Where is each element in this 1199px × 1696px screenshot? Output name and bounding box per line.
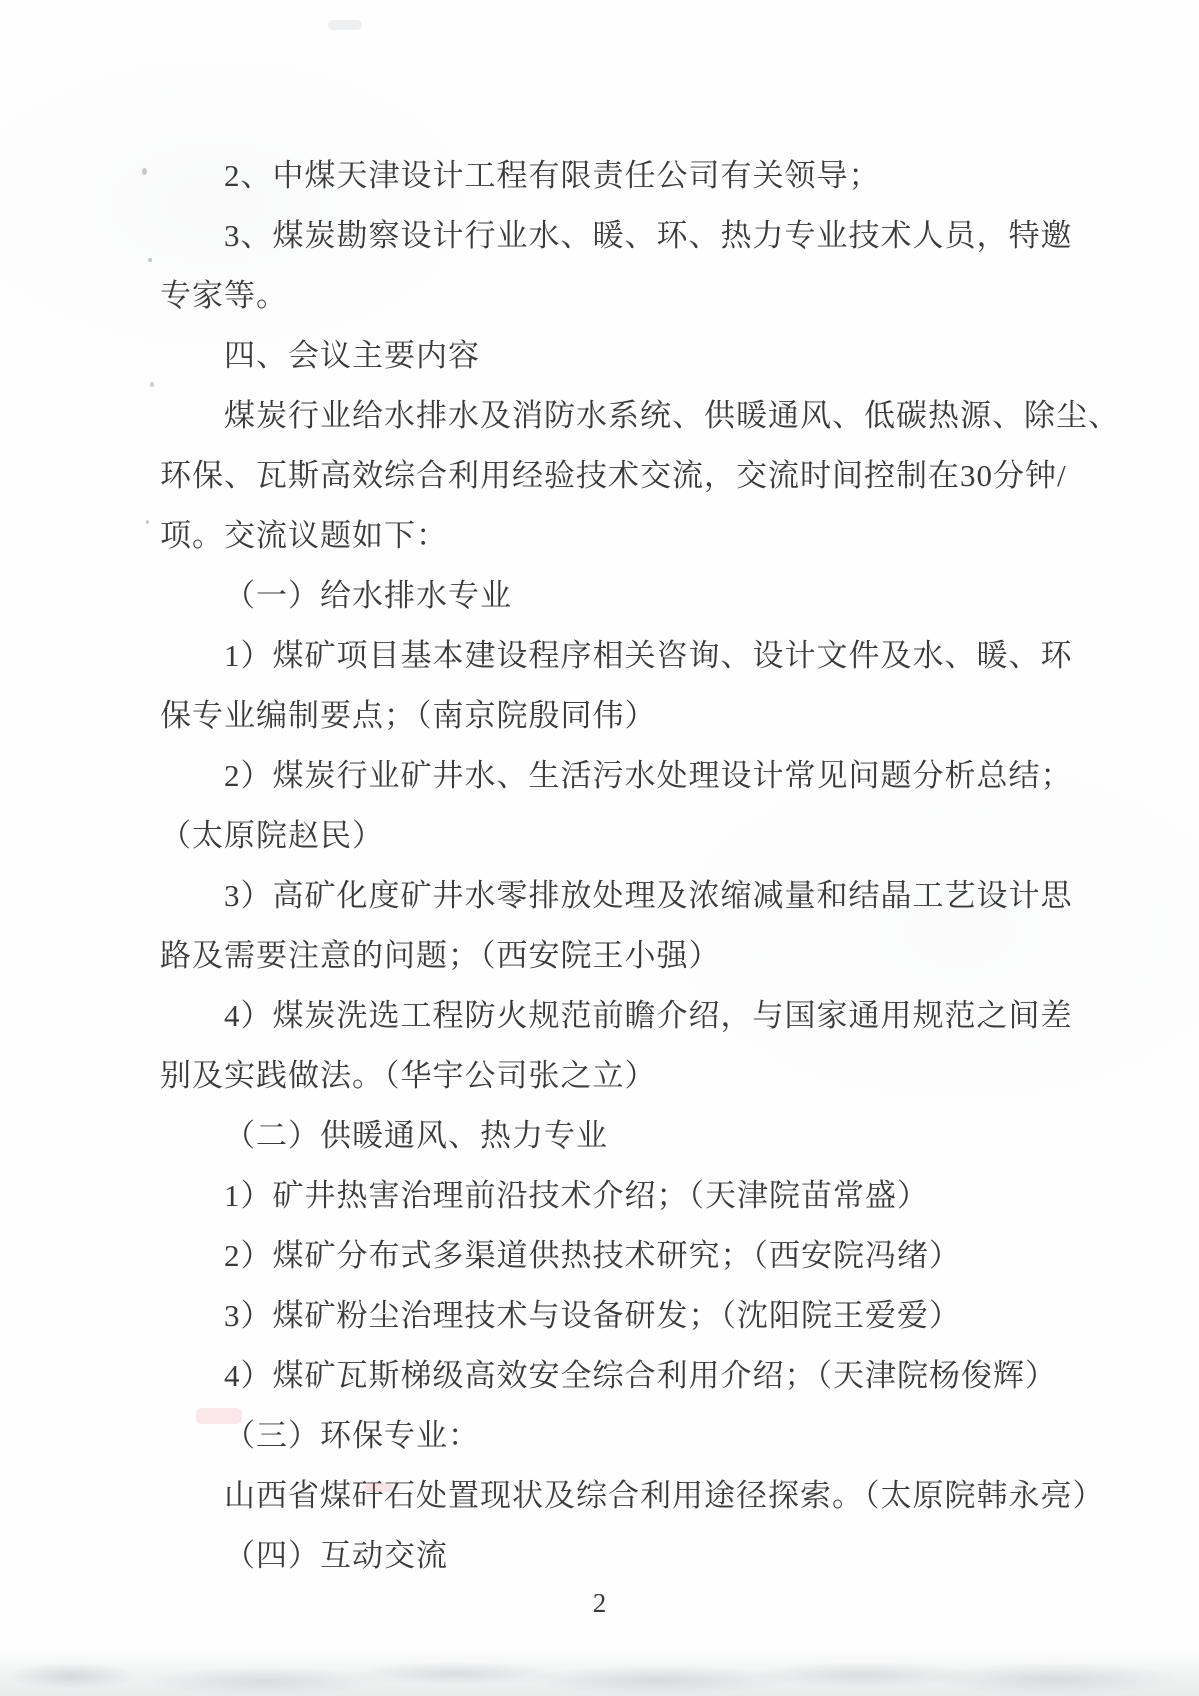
scan-bottom-band: [0, 1646, 1199, 1696]
text-line: 别及实践做法。（华宇公司张之立）: [160, 1046, 1140, 1106]
text-line: （四）互动交流: [160, 1526, 1140, 1586]
text-line: （二）供暖通风、热力专业: [160, 1106, 1140, 1166]
text-line: 4）煤炭洗选工程防火规范前瞻介绍，与国家通用规范之间差: [160, 986, 1140, 1046]
text-line: 煤炭行业给水排水及消防水系统、供暖通风、低碳热源、除尘、: [160, 386, 1140, 446]
scan-speck: [142, 168, 147, 175]
text-line: 环保、瓦斯高效综合利用经验技术交流，交流时间控制在30分钟/: [160, 446, 1140, 506]
page-number: 2: [0, 1588, 1199, 1619]
text-line: 四、会议主要内容: [160, 326, 1140, 386]
text-line: 2）煤矿分布式多渠道供热技术研究；（西安院冯绪）: [160, 1226, 1140, 1286]
text-line: 专家等。: [160, 266, 1140, 326]
scan-speck: [150, 382, 154, 387]
text-line: 4）煤矿瓦斯梯级高效安全综合利用介绍；（天津院杨俊辉）: [160, 1346, 1140, 1406]
text-line: 保专业编制要点；（南京院殷同伟）: [160, 686, 1140, 746]
text-line: 2、中煤天津设计工程有限责任公司有关领导；: [160, 146, 1140, 206]
text-line: 1）矿井热害治理前沿技术介绍；（天津院苗常盛）: [160, 1166, 1140, 1226]
text-line: 3）高矿化度矿井水零排放处理及浓缩减量和结晶工艺设计思: [160, 866, 1140, 926]
scan-speck: [146, 520, 149, 524]
text-line: 3、煤炭勘察设计行业水、暖、环、热力专业技术人员，特邀: [160, 206, 1140, 266]
text-line: 项。交流议题如下：: [160, 506, 1140, 566]
text-line: （三）环保专业：: [160, 1406, 1140, 1466]
text-line: 路及需要注意的问题；（西安院王小强）: [160, 926, 1140, 986]
text-line: 3）煤矿粉尘治理技术与设备研发；（沈阳院王爱爱）: [160, 1286, 1140, 1346]
scan-speck: [148, 258, 152, 262]
scan-smudge: [328, 20, 362, 30]
text-line: 2）煤炭行业矿井水、生活污水处理设计常见问题分析总结；: [160, 746, 1140, 806]
text-line: （太原院赵民）: [160, 806, 1140, 866]
body-text: 2、中煤天津设计工程有限责任公司有关领导；3、煤炭勘察设计行业水、暖、环、热力专…: [160, 146, 1140, 1586]
text-line: 1）煤矿项目基本建设程序相关咨询、设计文件及水、暖、环: [160, 626, 1140, 686]
document-page: 2、中煤天津设计工程有限责任公司有关领导；3、煤炭勘察设计行业水、暖、环、热力专…: [0, 0, 1199, 1696]
text-line: （一）给水排水专业: [160, 566, 1140, 626]
text-line: 山西省煤矸石处置现状及综合利用途径探索。（太原院韩永亮）: [160, 1466, 1140, 1526]
